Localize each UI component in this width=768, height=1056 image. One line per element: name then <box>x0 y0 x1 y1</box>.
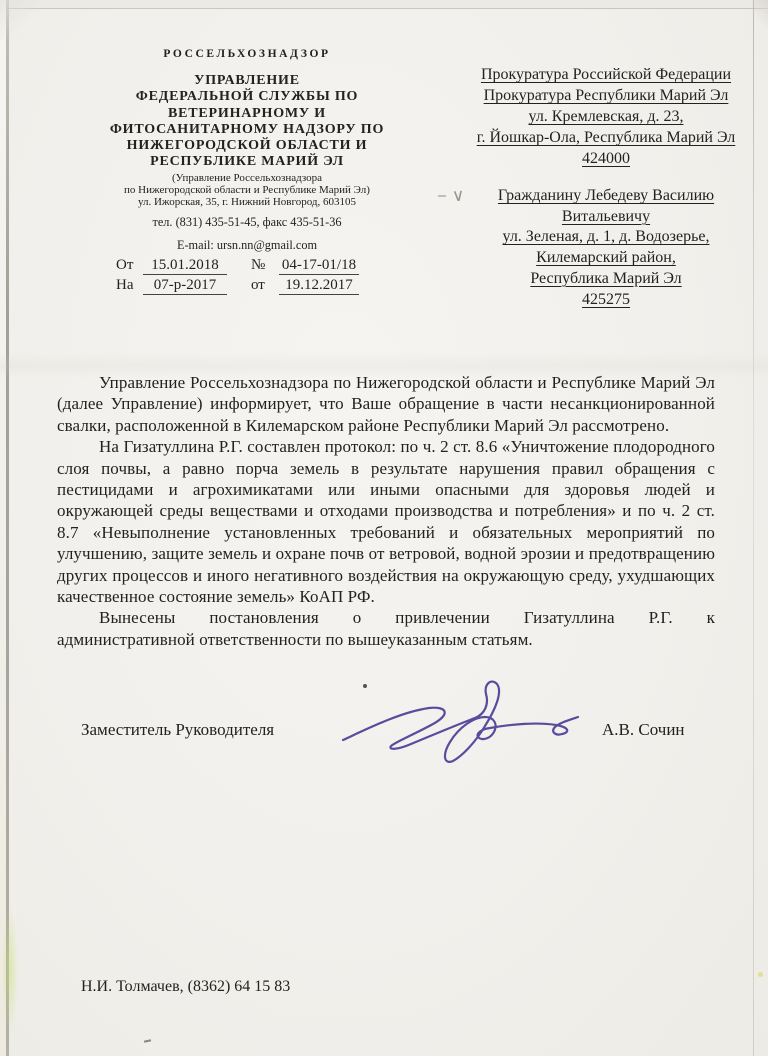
letterhead-title-line: ФЕДЕРАЛЬНОЙ СЛУЖБЫ ПО <box>58 89 436 105</box>
reply-number: 07-р-2017 <box>143 277 227 295</box>
letterhead-title-line: ФИТОСАНИТАРНОМУ НАДЗОРУ ПО <box>58 122 436 138</box>
reply-date: 19.12.2017 <box>279 277 359 295</box>
addressee-line: ул. Кремлевская, д. 23, <box>450 106 762 127</box>
addressee-citizen: Гражданину Лебедеву ВасилиюВитальевичуул… <box>450 186 762 310</box>
letterhead-phone: тел. (831) 435-51-45, факс 435-51-36 <box>58 215 436 230</box>
addressee-line: 424000 <box>450 148 762 169</box>
signoff-name: А.В. Сочин <box>602 720 685 740</box>
number-label: № <box>251 257 275 274</box>
letterhead-subtitle-line: по Нижегородской области и Республике Ма… <box>58 185 436 197</box>
scanned-letter-page: РОССЕЛЬХОЗНАДЗОР УПРАВЛЕНИЕФЕДЕРАЛЬНОЙ С… <box>0 0 768 1056</box>
letterhead-title-line: РЕСПУБЛИКЕ МАРИЙ ЭЛ <box>58 154 436 170</box>
body-paragraphs: Управление Россельхознадзора по Нижегоро… <box>57 372 715 607</box>
reply-date-label: от <box>251 277 275 294</box>
reference-block: От 15.01.2018 № 04-17-01/18 На 07-р-2017… <box>116 257 359 297</box>
agency-name: РОССЕЛЬХОЗНАДЗОР <box>58 48 436 60</box>
letterhead-subtitle: (Управление Россельхознадзорапо Нижегоро… <box>58 173 436 209</box>
letterhead-title: УПРАВЛЕНИЕФЕДЕРАЛЬНОЙ СЛУЖБЫ ПОВЕТЕРИНАР… <box>58 73 436 171</box>
body-paragraph: На Гизатуллина Р.Г. составлен протокол: … <box>57 436 715 607</box>
addressee-line: Прокуратура Республики Марий Эл <box>450 85 762 106</box>
addressee-prosecutor: Прокуратура Российской ФедерацииПрокурат… <box>450 64 762 169</box>
executor-contact: Н.И. Толмачев, (8362) 64 15 83 <box>81 978 290 996</box>
addressee-line: 425275 <box>450 290 762 311</box>
scan-green-tint <box>2 905 18 1035</box>
signoff-title: Заместитель Руководителя <box>81 720 274 740</box>
body-paragraph-line: Вынесены постановления о привлечении Гиз… <box>57 607 715 628</box>
addressee-line: Витальевичу <box>450 207 762 228</box>
letterhead: РОССЕЛЬХОЗНАДЗОР УПРАВЛЕНИЕФЕДЕРАЛЬНОЙ С… <box>58 48 436 253</box>
signature-stroke <box>343 682 578 762</box>
paper-speck <box>758 972 763 977</box>
scan-top-edge <box>0 0 768 8</box>
letterhead-subtitle-line: (Управление Россельхознадзора <box>58 173 436 185</box>
scan-fold-top-right <box>752 0 768 30</box>
letter-body: Управление Россельхознадзора по Нижегоро… <box>57 372 715 650</box>
pencil-speck <box>144 1039 151 1042</box>
addressee-line: ул. Зеленая, д. 1, д. Водозерье, <box>450 227 762 248</box>
scan-top-edge-line <box>6 8 768 9</box>
letterhead-title-line: ВЕТЕРИНАРНОМУ И <box>58 106 436 122</box>
handwritten-dash <box>438 195 446 197</box>
from-label: От <box>116 257 143 274</box>
reply-label: На <box>116 277 143 294</box>
handwritten-signature <box>334 672 586 767</box>
letterhead-title-line: НИЖЕГОРОДСКОЙ ОБЛАСТИ И <box>58 138 436 154</box>
letterhead-subtitle-line: ул. Ижорская, 35, г. Нижний Новгород, 60… <box>58 197 436 209</box>
body-paragraph: Управление Россельхознадзора по Нижегоро… <box>57 372 715 436</box>
letterhead-email: E-mail: ursn.nn@gmail.com <box>58 238 436 253</box>
body-final-paragraph: Вынесены постановления о привлечении Гиз… <box>57 607 715 650</box>
incoming-reference-row: На 07-р-2017 от 19.12.2017 <box>116 277 359 297</box>
outgoing-reference-row: От 15.01.2018 № 04-17-01/18 <box>116 257 359 277</box>
addressee-line: Гражданину Лебедеву Василию <box>450 186 762 207</box>
body-paragraph-line: административной ответственности по выше… <box>57 629 715 650</box>
letter-number: 04-17-01/18 <box>279 257 359 275</box>
letter-date: 15.01.2018 <box>143 257 227 275</box>
letterhead-title-line: УПРАВЛЕНИЕ <box>58 73 436 89</box>
addressee-line: Прокуратура Российской Федерации <box>450 64 762 85</box>
scan-fold-top-left <box>0 0 46 40</box>
addressee-line: Килемарский район, <box>450 248 762 269</box>
addressee-line: г. Йошкар-Ола, Республика Марий Эл <box>450 127 762 148</box>
scan-left-edge-line <box>6 0 9 1056</box>
addressee-line: Республика Марий Эл <box>450 269 762 290</box>
